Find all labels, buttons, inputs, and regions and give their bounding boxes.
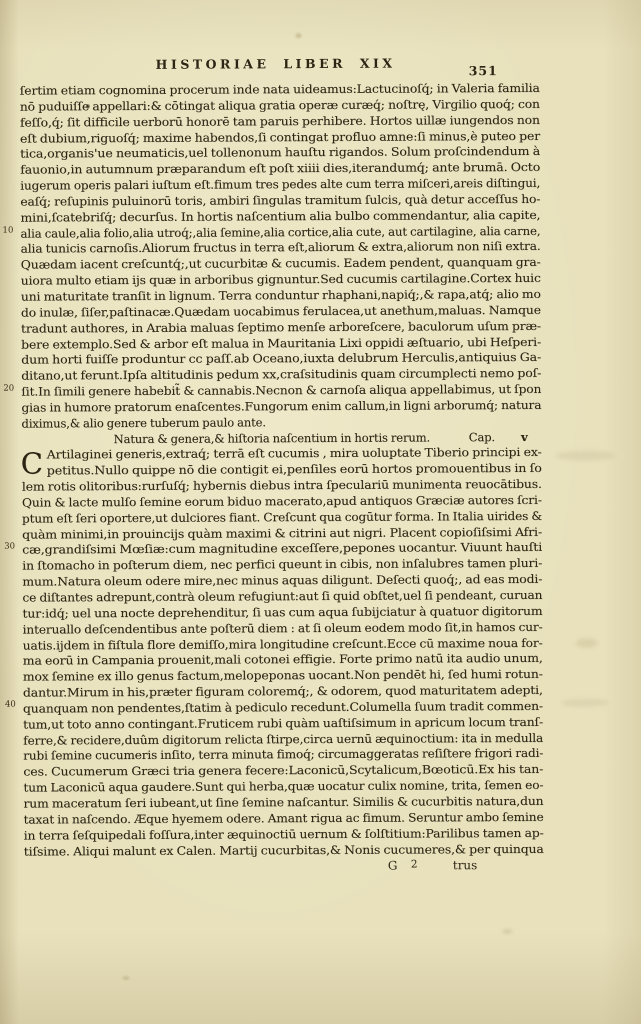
ink-bleedthrough [576,639,598,648]
page-content: HISTORIAE LIBER XIX 351 10 20 30 40 ſert… [0,0,641,1024]
margin-line-number: 30 [4,542,15,552]
paper-stain [122,976,129,980]
ink-bleedthrough [561,698,609,706]
catchword: trus [453,858,478,872]
running-title: HISTORIAE LIBER XIX [156,56,396,72]
paper-stain [295,33,301,38]
paragraph-2: Artilaginei generis,extraq́; terrā eſt c… [22,445,544,860]
signature-number: 2 [411,858,418,870]
drop-cap-initial: C [21,448,43,479]
chapter-heading-title: Natura & genera,& hiſtoria naſcentium in… [114,430,431,446]
ink-bleedthrough [556,450,616,460]
text-line: tiſsime. Aliqui malunt ex Calen. Martij … [24,841,544,860]
page-footer: G 2 trus [2,857,641,878]
margin-line-number: 20 [3,384,14,394]
book-page: HISTORIAE LIBER XIX 351 10 20 30 40 ſert… [0,0,641,1024]
signature-letter: G [388,859,398,873]
paper-stain [502,929,512,934]
paragraph-1: ſertim etiam cognomina procerum inde nat… [20,81,542,432]
chapter-cap-number: v [521,429,528,443]
chapter-cap-label: Cap. [469,430,495,444]
text-block: ſertim etiam cognomina procerum inde nat… [20,81,544,860]
margin-line-number: 10 [2,226,13,236]
margin-line-number: 40 [5,700,16,710]
page-number: 351 [469,63,498,78]
